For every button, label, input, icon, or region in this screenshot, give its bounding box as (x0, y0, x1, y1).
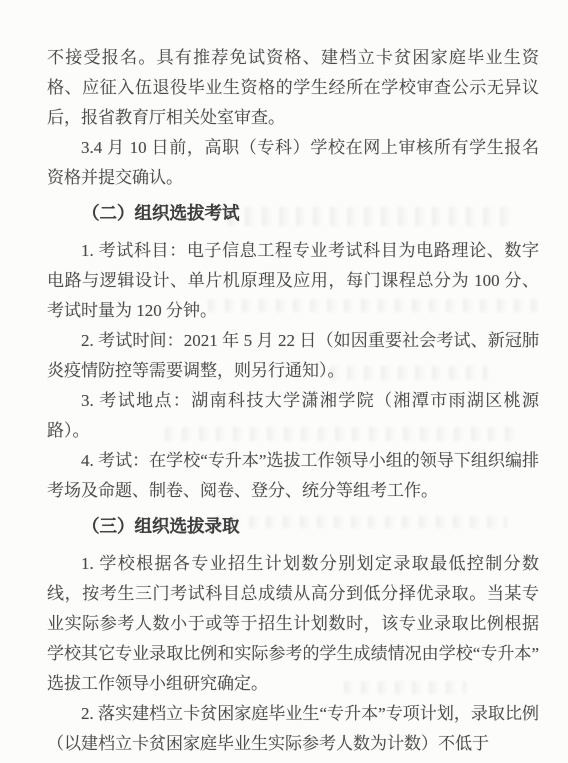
document-body: 不接受报名。具有推荐免试资格、建档立卡贫困家庭毕业生资格、应征入伍退役毕业生资格… (47, 43, 539, 759)
section-heading: （二）组织选拔考试 (47, 198, 539, 228)
body-paragraph: 3.4 月 10 日前，高职（专科）学校在网上审核所有学生报名资格并提交确认。 (47, 133, 539, 193)
body-paragraph: 不接受报名。具有推荐免试资格、建档立卡贫困家庭毕业生资格、应征入伍退役毕业生资格… (47, 43, 539, 133)
section-heading: （三）组织选拔录取 (47, 511, 539, 541)
body-paragraph: 1. 考试科目：电子信息工程专业考试科目为电路理论、数字电路与逻辑设计、单片机原… (47, 236, 539, 326)
body-paragraph: 3. 考试地点：湖南科技大学潇湘学院（湘潭市雨湖区桃源路）。 (47, 386, 539, 446)
body-paragraph: 4. 考试：在学校“专升本”选拔工作领导小组的领导下组织编排考场及命题、制卷、阅… (47, 446, 539, 506)
document-page: 不接受报名。具有推荐免试资格、建档立卡贫困家庭毕业生资格、应征入伍退役毕业生资格… (0, 0, 568, 763)
body-paragraph: 1. 学校根据各专业招生计划数分别划定录取最低控制分数线，按考生三门考试科目总成… (47, 549, 539, 699)
body-paragraph: 2. 考试时间：2021 年 5 月 22 日（如因重要社会考试、新冠肺炎疫情防… (47, 326, 539, 386)
body-paragraph: 2. 落实建档立卡贫困家庭毕业生“专升本”专项计划，录取比例（以建档立卡贫困家庭… (47, 699, 539, 759)
